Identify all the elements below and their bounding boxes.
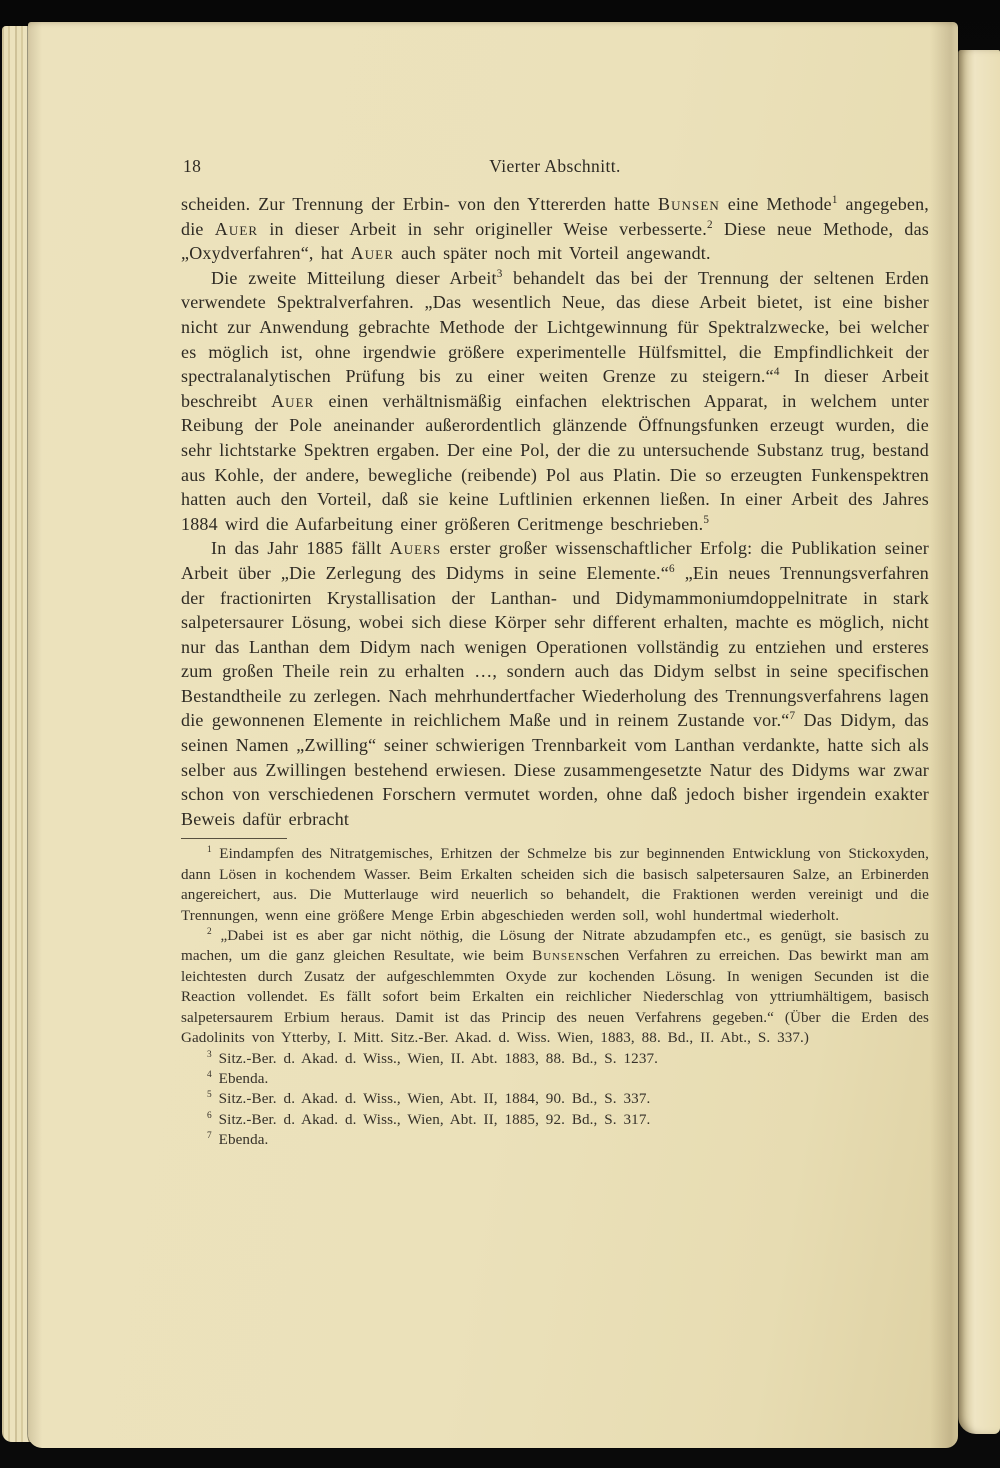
footnote-separator	[181, 838, 287, 839]
book-page: 18 Vierter Abschnitt. scheiden. Zur Tren…	[28, 22, 958, 1448]
footnote: 1 Eindampfen des Nitratgemisches, Erhitz…	[181, 844, 929, 926]
right-page-edge	[958, 50, 1000, 1434]
paragraph: In das Jahr 1885 fällt Auers erster groß…	[181, 536, 929, 831]
footnote: 4 Ebenda.	[181, 1069, 929, 1089]
footnotes: 1 Eindampfen des Nitratgemisches, Erhitz…	[181, 844, 929, 1150]
section-title: Vierter Abschnitt.	[489, 156, 621, 176]
footnote: 3 Sitz.-Ber. d. Akad. d. Wiss., Wien, II…	[181, 1049, 929, 1069]
footnote: 6 Sitz.-Ber. d. Akad. d. Wiss., Wien, Ab…	[181, 1110, 929, 1130]
footnote: 5 Sitz.-Ber. d. Akad. d. Wiss., Wien, Ab…	[181, 1089, 929, 1109]
book-scan: 18 Vierter Abschnitt. scheiden. Zur Tren…	[0, 0, 1000, 1468]
footnote: 7 Ebenda.	[181, 1130, 929, 1150]
page-number: 18	[183, 156, 201, 177]
running-head: 18 Vierter Abschnitt.	[181, 156, 929, 182]
footnote: 2 „Dabei ist es aber gar nicht nöthig, d…	[181, 926, 929, 1048]
paragraph: scheiden. Zur Trennung der Erbin- von de…	[181, 192, 929, 266]
page-content: scheiden. Zur Trennung der Erbin- von de…	[181, 192, 929, 1151]
paragraph: Die zweite Mitteilung dieser Arbeit3 beh…	[181, 266, 929, 537]
body-text: scheiden. Zur Trennung der Erbin- von de…	[181, 192, 929, 831]
